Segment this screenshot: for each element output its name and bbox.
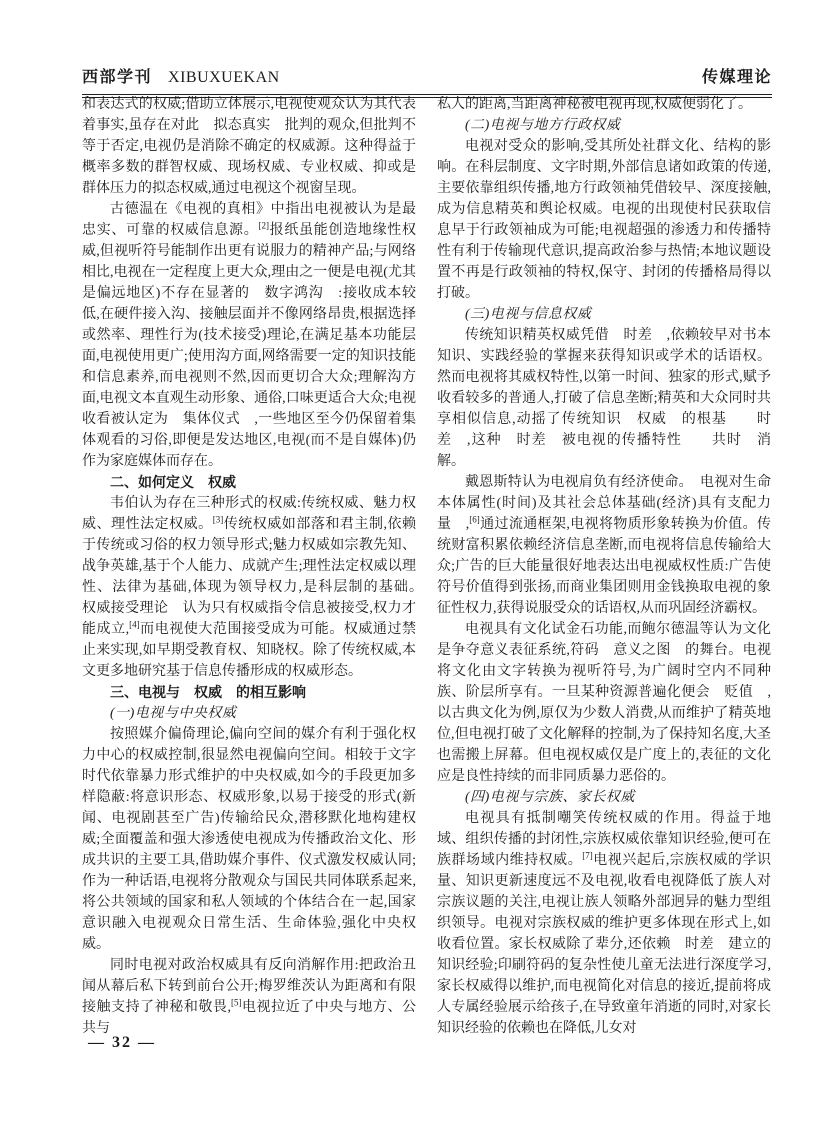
text-column-left: 和表达式的权威;借助立体展示,电视使观众认为其代表着事实,虽存在对此 拟态真实 … xyxy=(82,94,416,1039)
page-number: — 32 — xyxy=(88,1034,156,1052)
paragraph: 电视具有抵制嘲笑传统权威的作用。得益于地域、组织传播的封闭性,宗族权威依靠知识经… xyxy=(437,808,771,1039)
text-column-right: 私人的距离,当距离神秘被电视再现,权威便弱化了。(二)电视与地方行政权威电视对受… xyxy=(437,94,771,1039)
section-heading: 二、如何定义 权威 xyxy=(82,472,416,493)
journal-page: 西部学刊XIBUXUEKAN 传媒理论 和表达式的权威;借助立体展示,电视使观众… xyxy=(0,0,833,1123)
journal-title: 西部学刊XIBUXUEKAN xyxy=(82,64,280,87)
footnote-ref: [4] xyxy=(129,619,140,629)
section-heading: 三、电视与 权威 的相互影响 xyxy=(82,682,416,703)
paragraph: 和表达式的权威;借助立体展示,电视使观众认为其代表着事实,虽存在对此 拟态真实 … xyxy=(82,94,416,199)
subsection-heading: (三)电视与信息权威 xyxy=(437,304,771,325)
paragraph: 韦伯认为存在三种形式的权威:传统权威、魅力权威、理性法定权威。[3]传统权威如部… xyxy=(82,493,416,682)
paragraph: 戴恩斯特认为电视肩负有经济使命。 电视对生命本体属性(时间)及其社会总体基础(经… xyxy=(437,472,771,619)
footnote-ref: [6] xyxy=(469,514,480,524)
subsection-heading: (二)电视与地方行政权威 xyxy=(437,115,771,136)
footnote-ref: [2] xyxy=(258,220,269,230)
paragraph: 私人的距离,当距离神秘被电视再现,权威便弱化了。 xyxy=(437,94,771,115)
paragraph: 按照媒介偏倚理论,偏向空间的媒介有利于强化权力中心的权威控制,很显然电视偏向空间… xyxy=(82,724,416,955)
paragraph: 电视对受众的影响,受其所处社群文化、结构的影响。在科层制度、文字时期,外部信息诸… xyxy=(437,136,771,304)
paragraph: 传统知识精英权威凭借 时差 ,依赖较早对书本知识、实践经验的掌握来获得知识或学术… xyxy=(437,325,771,472)
paragraph: 电视具有文化试金石功能,而鲍尔德温等认为文化是争夺意义表征系统,符码 意义之图 … xyxy=(437,619,771,787)
footnote-ref: [3] xyxy=(213,514,224,524)
journal-title-en: XIBUXUEKAN xyxy=(168,69,280,86)
subsection-heading: (一)电视与中央权威 xyxy=(82,703,416,724)
section-label: 传媒理论 xyxy=(702,64,772,87)
page-header: 西部学刊XIBUXUEKAN 传媒理论 xyxy=(82,64,772,98)
paragraph: 同时电视对政治权威具有反向消解作用:把政治丑闻从幕后私下转到前台公开;梅罗维茨认… xyxy=(82,955,416,1039)
paragraph: 古德温在《电视的真相》中指出电视被认为是最忠实、可靠的权威信息源。[2]报纸虽能… xyxy=(82,199,416,472)
subsection-heading: (四)电视与宗族、家长权威 xyxy=(437,787,771,808)
journal-title-cn: 西部学刊 xyxy=(82,69,152,86)
footnote-ref: [7] xyxy=(582,850,593,860)
article-body: 和表达式的权威;借助立体展示,电视使观众认为其代表着事实,虽存在对此 拟态真实 … xyxy=(82,94,772,1039)
footnote-ref: [5] xyxy=(231,997,242,1007)
